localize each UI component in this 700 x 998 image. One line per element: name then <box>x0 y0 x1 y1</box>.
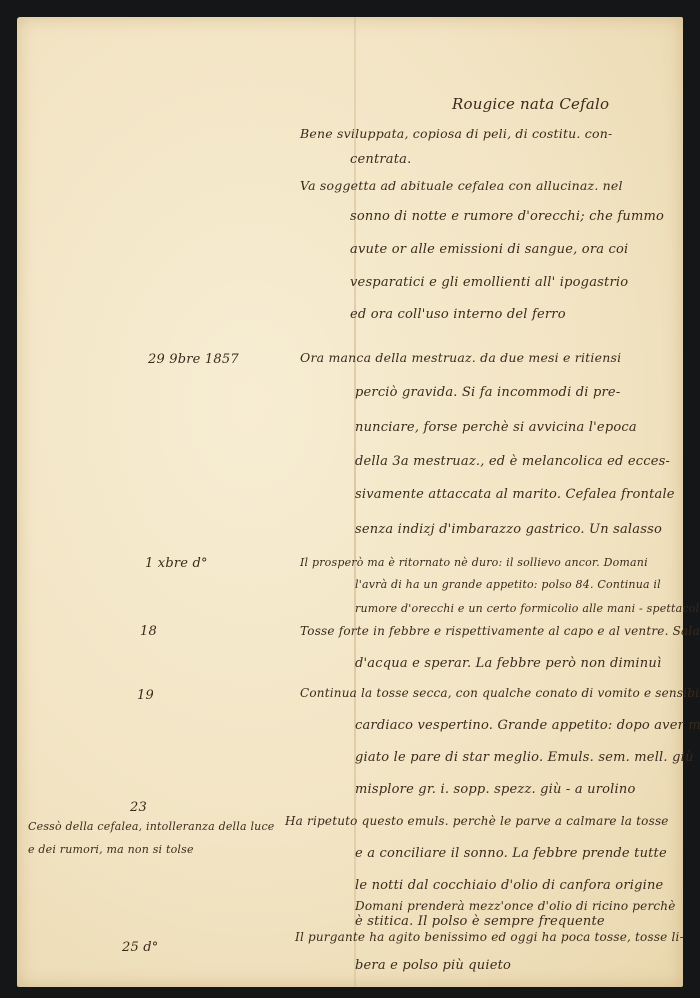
margin-date: 25 d° <box>122 940 159 955</box>
body-line: sonno di notte e rumore d'orecchi; che f… <box>350 209 664 224</box>
body-line: Il purgante ha agito benissimo ed oggi h… <box>295 930 684 944</box>
body-line: bera e polso più quieto <box>355 958 511 973</box>
body-line: Va soggetta ad abituale cefalea con allu… <box>300 178 623 193</box>
body-line: d'acqua e sperar. La febbre però non dim… <box>355 656 661 671</box>
body-line: giato le pare di star meglio. Emuls. sem… <box>355 750 694 765</box>
body-line: Domani prenderà mezz'once d'olio di rici… <box>355 899 676 913</box>
body-line: Tosse forte in febbre e rispettivamente … <box>300 624 700 638</box>
margin-note: Cessò della cefalea, intolleranza della … <box>28 820 275 833</box>
body-line: misplore gr. i. sopp. spezz. giù - a uro… <box>355 782 635 797</box>
document-title: Rougice nata Cefalo <box>452 95 609 113</box>
body-line: avute or alle emissioni di sangue, ora c… <box>350 242 628 257</box>
margin-date: 18 <box>140 624 157 639</box>
body-line: ed ora coll'uso interno del ferro <box>350 307 566 322</box>
body-line: sivamente attaccata al marito. Cefalea f… <box>355 487 675 502</box>
body-line: le notti dal cocchiaio d'olio di canfora… <box>355 878 663 893</box>
body-line: senza indizj d'imbarazzo gastrico. Un sa… <box>355 522 662 537</box>
body-line: vesparatici e gli emollienti all' ipogas… <box>350 275 628 290</box>
body-line: cardiaco vespertino. Grande appetito: do… <box>355 718 700 733</box>
margin-date: 29 9bre 1857 <box>148 352 239 367</box>
body-line: della 3a mestruaz., ed è melancolica ed … <box>355 454 670 469</box>
body-line: nunciare, forse perchè si avvicina l'epo… <box>355 420 637 435</box>
body-line: Il prosperò ma è ritornato nè duro: il s… <box>300 556 648 569</box>
body-line: perciò gravida. Si fa incommodi di pre- <box>355 385 620 400</box>
body-line: è stitica. Il polso è sempre frequente <box>355 914 605 929</box>
body-line: Continua la tosse secca, con qualche con… <box>300 686 700 700</box>
body-line: rumore d'orecchi e un certo formicolio a… <box>355 602 700 615</box>
margin-date: 1 xbre d° <box>145 556 208 571</box>
body-line: Bene sviluppata, copiosa di peli, di cos… <box>300 126 612 141</box>
body-line: e a conciliare il sonno. La febbre prend… <box>355 846 667 861</box>
body-line: Ha ripetuto questo emuls. perchè le parv… <box>285 814 669 828</box>
body-line: centrata. <box>350 152 411 167</box>
margin-note: e dei rumori, ma non si tolse <box>28 843 194 856</box>
margin-date: 23 <box>130 800 147 815</box>
margin-date: 19 <box>137 688 154 703</box>
body-line: l'avrà di ha un grande appetito: polso 8… <box>355 578 661 591</box>
body-line: Ora manca della mestruaz. da due mesi e … <box>300 350 621 365</box>
